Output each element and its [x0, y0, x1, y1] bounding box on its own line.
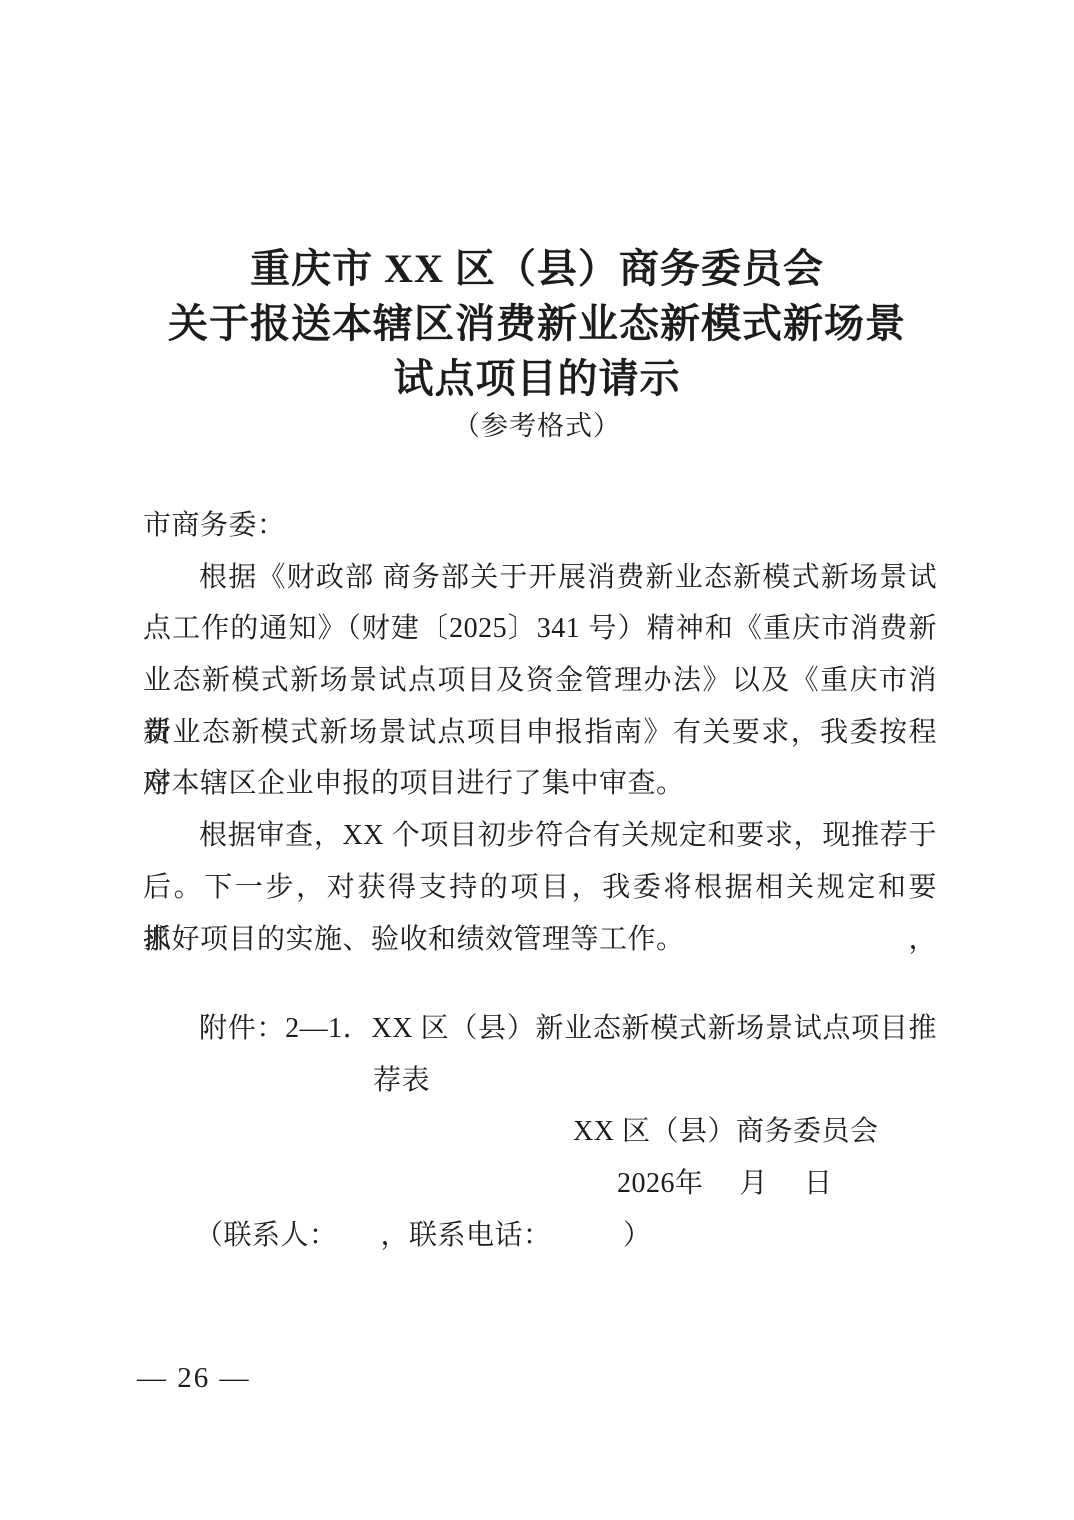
signature-organization: XX 区（县）商务委员会: [143, 1106, 937, 1158]
paragraph1-line-3: 业态新模式新场景试点项目及资金管理办法》以及《重庆市消费: [143, 655, 937, 707]
document-body: 市商务委： 根据《财政部 商务部关于开展消费新业态新模式新场景试 点工作的通知》…: [143, 500, 937, 965]
title-line-3: 试点项目的请示: [0, 351, 1074, 406]
paragraph1-line-5: 对本辖区企业申报的项目进行了集中审查。: [143, 758, 937, 810]
attachment-line-2: 荐表: [143, 1055, 937, 1107]
page-number: — 26 —: [137, 1362, 251, 1395]
salutation: 市商务委：: [143, 500, 937, 552]
paragraph1-line-2: 点工作的通知》（财建〔2025〕341 号）精神和《重庆市消费新: [143, 603, 937, 655]
contact-line: （联系人： ，联系电话： ）: [143, 1210, 937, 1262]
document-title: 重庆市 XX 区（县）商务委员会 关于报送本辖区消费新业态新模式新场景 试点项目…: [0, 241, 1074, 406]
title-line-2: 关于报送本辖区消费新业态新模式新场景: [0, 296, 1074, 351]
paragraph1-line-4: 新业态新模式新场景试点项目申报指南》有关要求，我委按程序: [143, 707, 937, 759]
signature-date: 2026年 月 日: [143, 1158, 937, 1210]
paragraph1-line-1: 根据《财政部 商务部关于开展消费新业态新模式新场景试: [143, 552, 937, 604]
attachment-line-1: 附件：2—1．XX 区（县）新业态新模式新场景试点项目推: [143, 1003, 937, 1055]
title-subtitle: （参考格式）: [0, 404, 1074, 443]
paragraph2-line-2: 后。下一步，对获得支持的项目，我委将根据相关规定和要求，: [143, 862, 937, 914]
document-page: 重庆市 XX 区（县）商务委员会 关于报送本辖区消费新业态新模式新场景 试点项目…: [0, 0, 1074, 1520]
document-closing: 附件：2—1．XX 区（县）新业态新模式新场景试点项目推 荐表 XX 区（县）商…: [143, 1003, 937, 1261]
paragraph2-line-1: 根据审查，XX 个项目初步符合有关规定和要求，现推荐于: [143, 810, 937, 862]
title-line-1: 重庆市 XX 区（县）商务委员会: [0, 241, 1074, 296]
